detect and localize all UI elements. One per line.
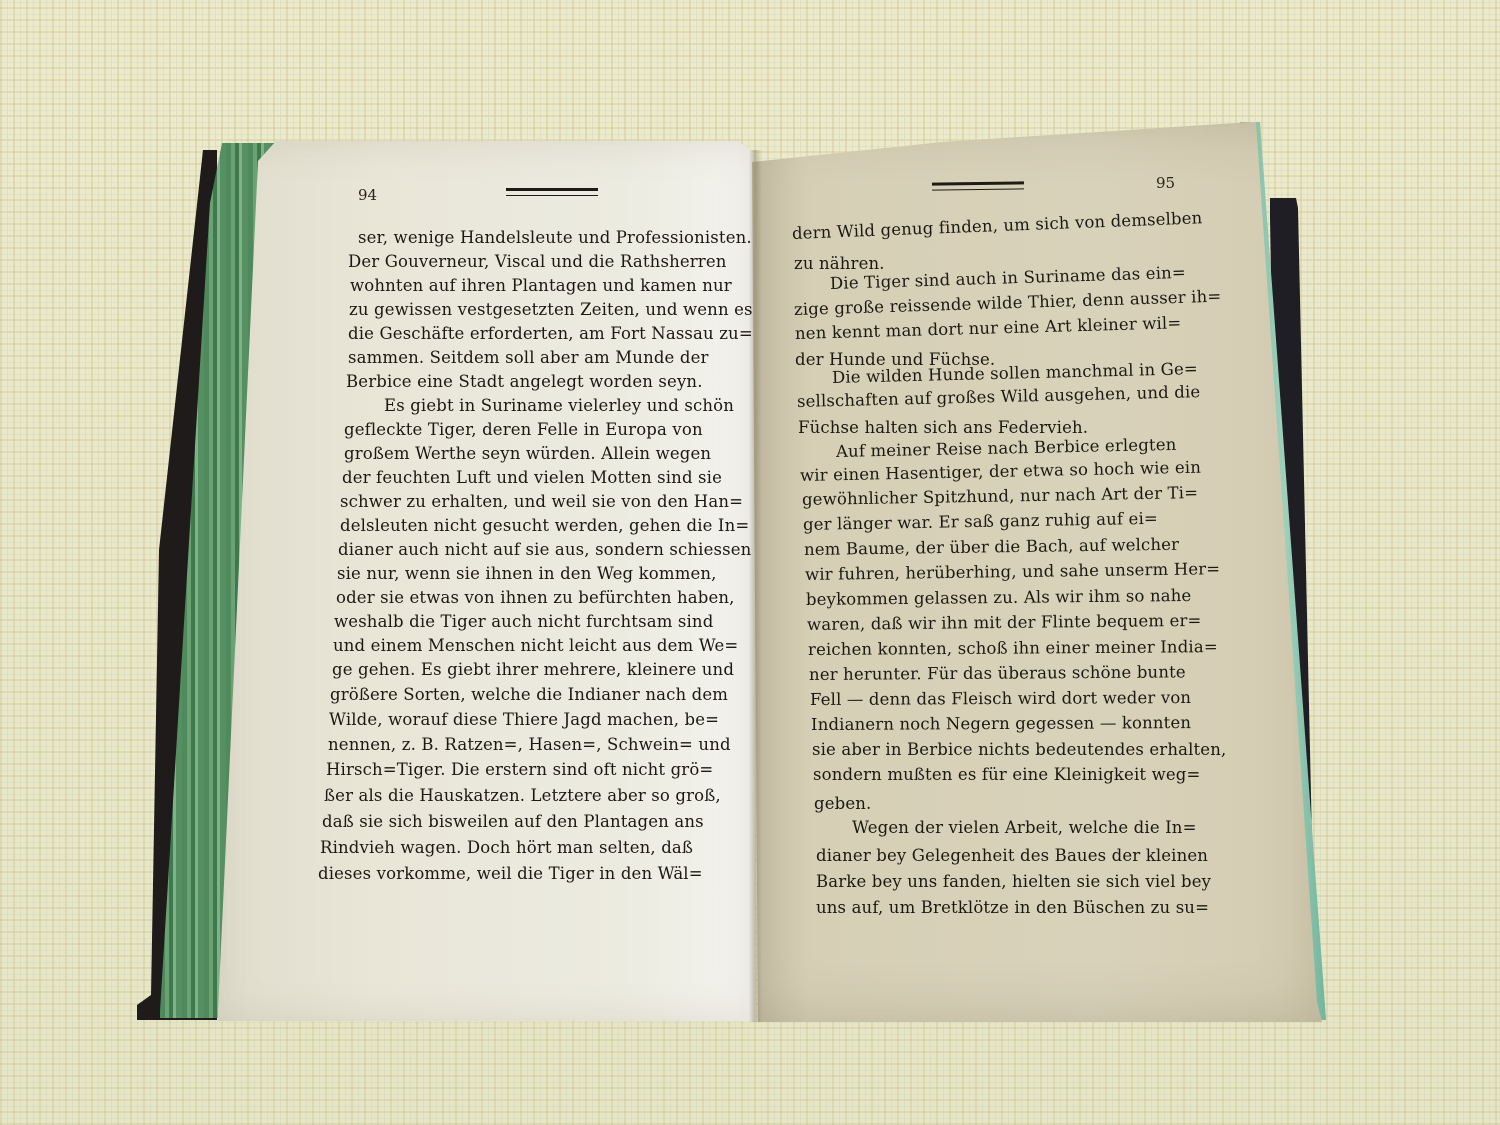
- text-line: Fell — denn das Fleisch wird dort weder …: [810, 688, 1191, 709]
- text-line: daß sie sich bisweilen auf den Plantagen…: [322, 812, 704, 831]
- text-line: ser, wenige Handelsleute und Professioni…: [358, 228, 752, 247]
- open-book: 94 95 ser, wenige Handelsleute und Profe…: [0, 0, 1500, 1125]
- text-line: Der Gouverneur, Viscal und die Rathsherr…: [348, 252, 727, 271]
- text-line: Berbice eine Stadt angelegt worden seyn.: [346, 372, 703, 391]
- text-line: dieses vorkomme, weil die Tiger in den W…: [318, 864, 703, 883]
- right-page-number: 95: [1156, 174, 1175, 192]
- text-line: gefleckte Tiger, deren Felle in Europa v…: [344, 420, 703, 439]
- text-line: ge gehen. Es giebt ihrer mehrere, kleine…: [332, 660, 734, 679]
- text-line: großem Werthe seyn würden. Allein wegen: [344, 444, 711, 463]
- text-line: wohnten auf ihren Plantagen und kamen nu…: [350, 276, 732, 295]
- text-line: zu gewissen vestgesetzten Zeiten, und we…: [349, 300, 753, 319]
- text-line: der feuchten Luft und vielen Motten sind…: [342, 468, 722, 487]
- text-line: beykommen gelassen zu. Als wir ihm so na…: [806, 586, 1192, 609]
- text-line: dianer bey Gelegenheit des Baues der kle…: [816, 846, 1208, 865]
- text-line: uns auf, um Bretklötze in den Büschen zu…: [816, 898, 1209, 917]
- text-line: Füchse halten sich ans Federvieh.: [798, 418, 1088, 437]
- text-line: sondern mußten es für eine Kleinigkeit w…: [813, 765, 1200, 784]
- text-line: Barke bey uns fanden, hielten sie sich v…: [816, 872, 1211, 891]
- text-line: dianer auch nicht auf sie aus, sondern s…: [338, 540, 751, 559]
- text-line: weshalb die Tiger auch nicht furchtsam s…: [334, 612, 713, 631]
- book-gutter: [748, 150, 762, 1022]
- left-header-rule: [506, 188, 598, 196]
- text-line: zu nähren.: [794, 254, 885, 273]
- right-header-rule: [932, 181, 1024, 190]
- text-line: sie nur, wenn sie ihnen in den Weg komme…: [337, 564, 717, 583]
- text-line: und einem Menschen nicht leicht aus dem …: [333, 636, 738, 655]
- text-line: reichen konnten, schoß ihn einer meiner …: [808, 637, 1218, 659]
- text-line: sammen. Seitdem soll aber am Munde der: [348, 348, 709, 367]
- text-line: nennen, z. B. Ratzen=, Hasen=, Schwein= …: [328, 735, 731, 754]
- text-line: sie aber in Berbice nichts bedeutendes e…: [812, 740, 1226, 759]
- text-line: Indianern noch Negern gegessen — konnten: [811, 713, 1191, 734]
- text-line: größere Sorten, welche die Indianer nach…: [330, 685, 728, 704]
- text-line: Wilde, worauf diese Thiere Jagd machen, …: [329, 710, 719, 729]
- text-line: Hirsch=Tiger. Die erstern sind oft nicht…: [326, 760, 713, 779]
- text-line: schwer zu erhalten, und weil sie von den…: [340, 492, 743, 511]
- text-line: die Geschäfte erforderten, am Fort Nassa…: [348, 324, 753, 343]
- text-line: geben.: [814, 794, 871, 813]
- text-line: oder sie etwas von ihnen zu befürchten h…: [336, 588, 735, 607]
- text-line: Rindvieh wagen. Doch hört man selten, da…: [320, 838, 693, 857]
- left-page-number: 94: [358, 186, 377, 204]
- text-line: delsleuten nicht gesucht werden, gehen d…: [340, 516, 749, 535]
- text-line: ßer als die Hauskatzen. Letztere aber so…: [324, 786, 721, 805]
- text-line: Es giebt in Suriname vielerley und schön: [384, 396, 734, 415]
- text-line: Wegen der vielen Arbeit, welche die In=: [852, 818, 1197, 837]
- text-line: ner herunter. Für das überaus schöne bun…: [809, 662, 1186, 684]
